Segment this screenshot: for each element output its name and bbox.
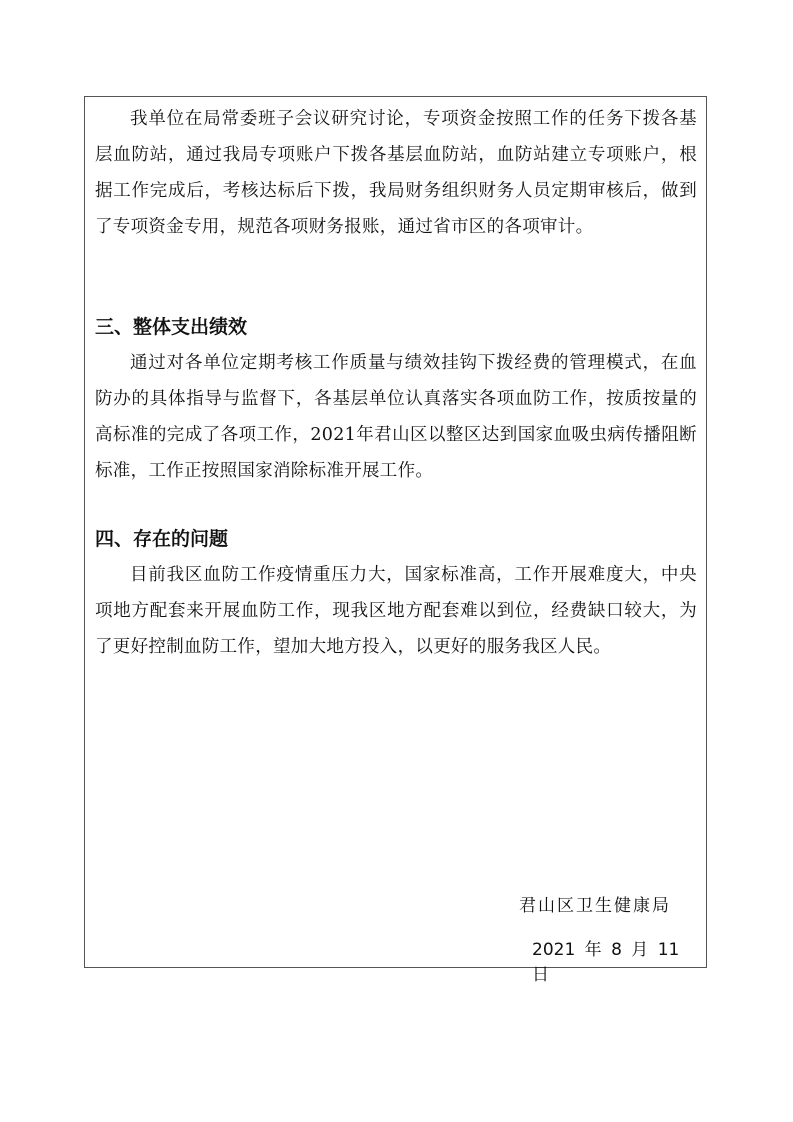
document-frame: 我单位在局常委班子会议研究讨论，专项资金按照工作的任务下拨各基层血防站，通过我局… xyxy=(84,96,707,968)
section-heading-performance: 三、整体支出绩效 xyxy=(95,309,247,345)
paragraph-performance: 通过对各单位定期考核工作质量与绩效挂钩下拨经费的管理模式，在血防办的具体指导与监… xyxy=(95,345,697,489)
signature-organization: 君山区卫生健康局 xyxy=(519,891,671,916)
paragraph-fund-management: 我单位在局常委班子会议研究讨论，专项资金按照工作的任务下拨各基层血防站，通过我局… xyxy=(95,101,697,245)
signature-date: 2021 年 8 月 11 日 xyxy=(532,935,697,985)
paragraph-problems: 目前我区血防工作疫情重压力大，国家标准高，工作开展难度大，中央项地方配套来开展血… xyxy=(95,557,697,665)
section-heading-problems: 四、存在的问题 xyxy=(95,521,228,557)
